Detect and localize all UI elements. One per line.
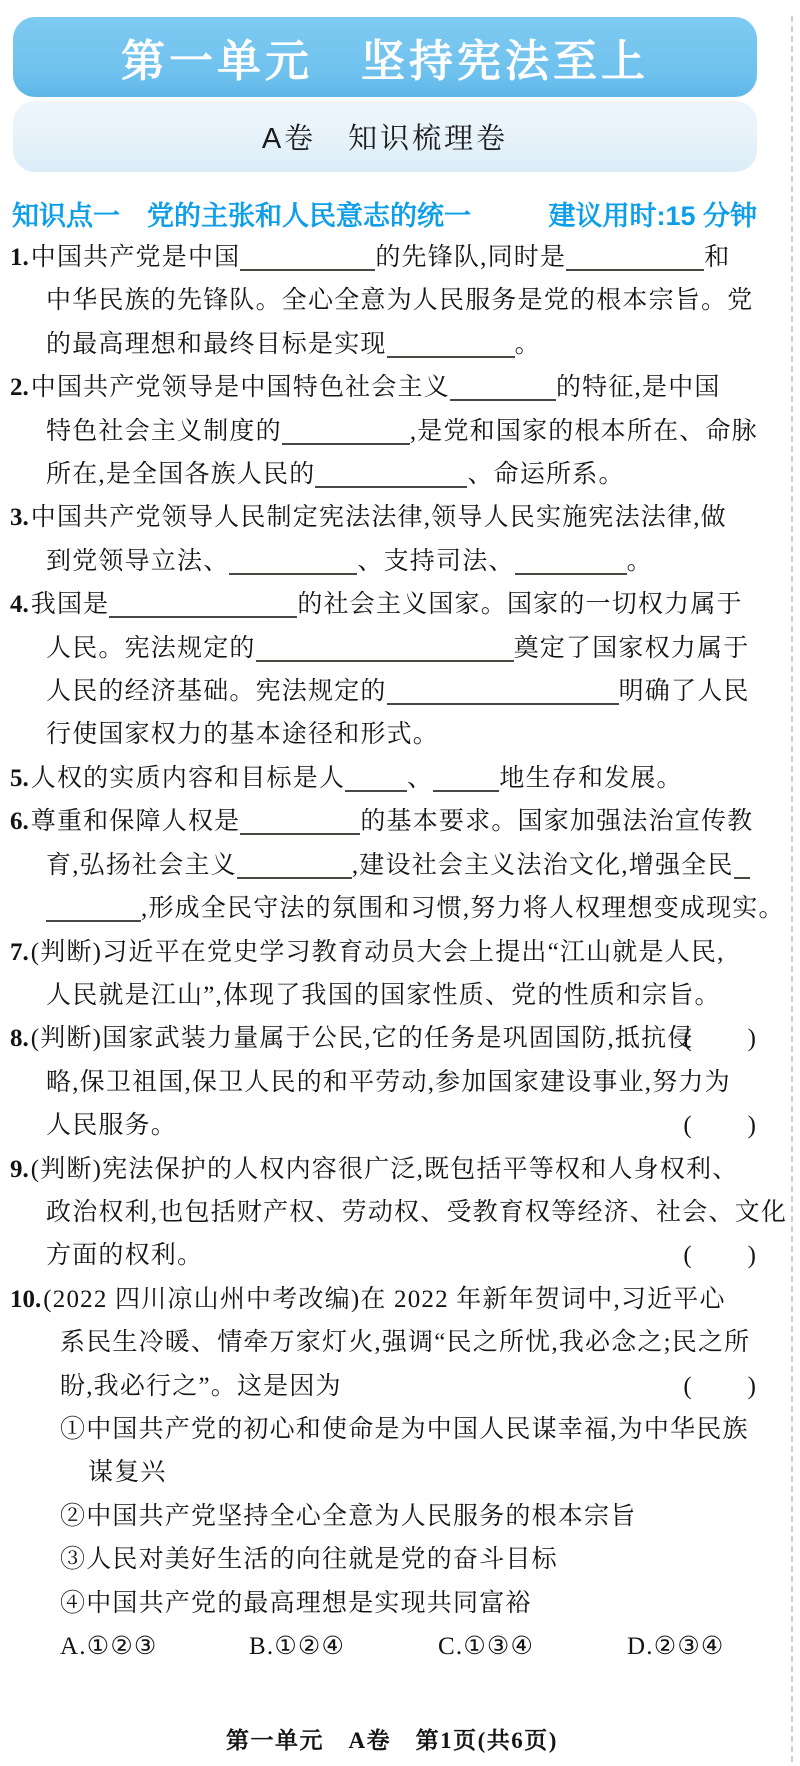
question-text: 政治权利,也包括财产权、劳动权、受教育权等经济、社会、文化 — [46, 1199, 787, 1226]
question: 7.(判断)习近平在党史学习教育动员大会上提出“江山就是人民,人民就是江山”,体… — [10, 931, 758, 1018]
question-text: ,建设社会主义法治文化,增强全民 — [352, 852, 734, 879]
question-text: 的最高理想和最终目标是实现 — [46, 331, 387, 358]
worksheet-page: 第一单元 坚持宪法至上 A卷 知识梳理卷 知识点一 党的主张和人民意志的统一 建… — [0, 0, 800, 1766]
fill-blank — [515, 573, 627, 575]
question-text: ,形成全民守法的氛围和习惯,努力将人权理想变成现实。 — [141, 895, 785, 922]
question-line: 3.中国共产党领导人民制定宪法法律,领导人民实施宪法法律,做 — [10, 496, 758, 539]
question-text: 的先锋队,同时是 — [375, 244, 566, 271]
fill-blank — [315, 486, 467, 488]
question-line: 行使国家权力的基本途径和形式。 — [10, 713, 758, 756]
fill-blank — [433, 790, 499, 792]
fill-blank — [387, 356, 515, 358]
question-number: 1. — [10, 244, 31, 271]
question-text: 人民。宪法规定的 — [46, 635, 256, 662]
question-line: 8.(判断)国家武装力量属于公民,它的任务是巩固国防,抵抗侵 — [10, 1017, 758, 1060]
question-line: 所在,是全国各族人民的、命运所系。 — [10, 453, 758, 496]
question-text: 行使国家权力的基本途径和形式。 — [46, 721, 439, 748]
question-line: 到党领导立法、、支持司法、。 — [10, 540, 758, 583]
question: 6.尊重和保障人权是的基本要求。国家加强法治宣传教育,弘扬社会主义,建设社会主义… — [10, 800, 758, 930]
choice-option: B.①②④ — [249, 1625, 438, 1668]
question-line: ④中国共产党的最高理想是实现共同富裕 — [10, 1582, 758, 1625]
question-line: 4.我国是的社会主义国家。国家的一切权力属于 — [10, 583, 758, 626]
question-line: 10.(2022 四川凉山州中考改编)在 2022 年新年贺词中,习近平心 — [10, 1278, 758, 1321]
knowledge-point-title: 知识点一 党的主张和人民意志的统一 — [12, 194, 471, 233]
fill-blank — [256, 660, 514, 662]
question-number: 3. — [10, 504, 31, 531]
question-number: 5. — [10, 765, 31, 792]
question-number: 4. — [10, 591, 31, 618]
fill-blank — [240, 269, 375, 271]
question-text: (判断)习近平在党史学习教育动员大会上提出“江山就是人民, — [31, 939, 725, 966]
question-text: ①中国共产党的初心和使命是为中国人民谋幸福,为中华民族 — [60, 1416, 749, 1443]
question-text: (判断)宪法保护的人权内容很广泛,既包括平等权和人身权利、 — [31, 1156, 739, 1183]
question-text: 到党领导立法、 — [46, 548, 229, 575]
question-line: 1.中国共产党是中国的先锋队,同时是和 — [10, 236, 758, 279]
fill-blank — [566, 269, 704, 271]
answer-bracket: ( ) — [683, 1234, 758, 1277]
page-footer: 第一单元 A卷 第1页(共6页) — [0, 1722, 784, 1755]
question-text: 、命运所系。 — [467, 461, 624, 488]
question-text: 的基本要求。国家加强法治宣传教 — [360, 808, 753, 835]
question-text: 系民生冷暖、情牵万家灯火,强调“民之所忧,我必念之;民之所 — [60, 1329, 750, 1356]
question-number: 6. — [10, 808, 31, 835]
question-line: ②中国共产党坚持全心全意为人民服务的根本宗旨 — [10, 1495, 758, 1538]
question-number: 8. — [10, 1025, 31, 1052]
question-text: 人权的实质内容和目标是人 — [31, 765, 345, 792]
question-text: 中华民族的先锋队。全心全意为人民服务是党的根本宗旨。党 — [46, 287, 753, 314]
question-line: 特色社会主义制度的,是党和国家的根本所在、命脉 — [10, 410, 758, 453]
question-line: ( )人民服务。 — [10, 1104, 758, 1147]
question-number: 2. — [10, 374, 31, 401]
paper-subtitle: A卷 知识梳理卷 — [262, 116, 508, 157]
fill-blank — [450, 399, 556, 401]
paper-subtitle-banner: A卷 知识梳理卷 — [13, 101, 757, 172]
unit-title: 第一单元 坚持宪法至上 — [121, 25, 649, 89]
choice-option: A.①②③ — [60, 1625, 249, 1668]
question-text: 盼,我必行之”。这是因为 — [60, 1373, 342, 1400]
question-line: 中华民族的先锋队。全心全意为人民服务是党的根本宗旨。党 — [10, 279, 758, 322]
question-line: 9.(判断)宪法保护的人权内容很广泛,既包括平等权和人身权利、 — [10, 1148, 758, 1191]
unit-title-banner: 第一单元 坚持宪法至上 — [13, 17, 757, 97]
fill-blank — [109, 616, 297, 618]
question-text: 、支持司法、 — [357, 548, 514, 575]
question-line: 2.中国共产党领导是中国特色社会主义的特征,是中国 — [10, 366, 758, 409]
question-line: 的最高理想和最终目标是实现。 — [10, 323, 758, 366]
question-text: 奠定了国家权力属于 — [514, 635, 750, 662]
question-text: 人民服务。 — [46, 1112, 177, 1139]
answer-bracket: ( ) — [683, 1017, 758, 1060]
question-text: (判断)国家武装力量属于公民,它的任务是巩固国防,抵抗侵 — [31, 1025, 694, 1052]
question-text: ,是党和国家的根本所在、命脉 — [410, 418, 758, 445]
fill-blank — [237, 877, 352, 879]
question-line: 谋复兴 — [10, 1451, 758, 1494]
question-number: 9. — [10, 1156, 31, 1183]
question: 3.中国共产党领导人民制定宪法法律,领导人民实施宪法法律,做到党领导立法、、支持… — [10, 496, 758, 583]
question-text: 人民就是江山”,体现了我国的国家性质、党的性质和宗旨。 — [46, 982, 721, 1009]
question-text: 和 — [704, 244, 730, 271]
answer-bracket: ( ) — [683, 1365, 758, 1408]
question-line: 系民生冷暖、情牵万家灯火,强调“民之所忧,我必念之;民之所 — [10, 1321, 758, 1364]
question-text: ④中国共产党的最高理想是实现共同富裕 — [60, 1590, 532, 1617]
suggested-time: 建议用时:15 分钟 — [548, 194, 757, 233]
question-number: 7. — [10, 939, 31, 966]
question-line: 育,弘扬社会主义,建设社会主义法治文化,增强全民 — [10, 844, 758, 887]
question-text: ③人民对美好生活的向往就是党的奋斗目标 — [60, 1546, 558, 1573]
section-header: 知识点一 党的主张和人民意志的统一 建议用时:15 分钟 — [12, 194, 757, 233]
question-line: ( )盼,我必行之”。这是因为 — [10, 1365, 758, 1408]
question-line: 5.人权的实质内容和目标是人、地生存和发展。 — [10, 757, 758, 800]
question-line: 政治权利,也包括财产权、劳动权、受教育权等经济、社会、文化 — [10, 1191, 758, 1234]
question-line: ①中国共产党的初心和使命是为中国人民谋幸福,为中华民族 — [10, 1408, 758, 1451]
question-text: 的社会主义国家。国家的一切权力属于 — [297, 591, 742, 618]
question-text: 中国共产党领导是中国特色社会主义 — [31, 374, 450, 401]
question-number: 10. — [10, 1286, 43, 1313]
question-text: 人民的经济基础。宪法规定的 — [46, 678, 387, 705]
question: 4.我国是的社会主义国家。国家的一切权力属于人民。宪法规定的奠定了国家权力属于人… — [10, 583, 758, 757]
question-text: 地生存和发展。 — [499, 765, 682, 792]
question-text: 方面的权利。 — [46, 1242, 203, 1269]
question-text: 尊重和保障人权是 — [31, 808, 241, 835]
answer-bracket: ( ) — [683, 1104, 758, 1147]
question: 2.中国共产党领导是中国特色社会主义的特征,是中国特色社会主义制度的,是党和国家… — [10, 366, 758, 496]
question-text: 特色社会主义制度的 — [46, 418, 282, 445]
question: 9.(判断)宪法保护的人权内容很广泛,既包括平等权和人身权利、政治权利,也包括财… — [10, 1148, 758, 1278]
question-line: ,形成全民守法的氛围和习惯,努力将人权理想变成现实。 — [10, 887, 758, 930]
question-text: ②中国共产党坚持全心全意为人民服务的根本宗旨 — [60, 1503, 636, 1530]
question: 10.(2022 四川凉山州中考改编)在 2022 年新年贺词中,习近平心系民生… — [10, 1278, 758, 1669]
question-list: 1.中国共产党是中国的先锋队,同时是和中华民族的先锋队。全心全意为人民服务是党的… — [10, 236, 758, 1668]
question-text: 。 — [515, 331, 541, 358]
fill-blank — [229, 573, 357, 575]
question-line: 6.尊重和保障人权是的基本要求。国家加强法治宣传教 — [10, 800, 758, 843]
question-text: 明确了人民 — [619, 678, 750, 705]
question-text: 育,弘扬社会主义 — [46, 852, 237, 879]
question: 8.(判断)国家武装力量属于公民,它的任务是巩固国防,抵抗侵略,保卫祖国,保卫人… — [10, 1017, 758, 1147]
question-line: 略,保卫祖国,保卫人民的和平劳动,参加国家建设事业,努力为 — [10, 1061, 758, 1104]
question-text: 、 — [407, 765, 433, 792]
question-text: 中国共产党是中国 — [31, 244, 241, 271]
question-line: ③人民对美好生活的向往就是党的奋斗目标 — [10, 1538, 758, 1581]
question-line: 人民的经济基础。宪法规定的明确了人民 — [10, 670, 758, 713]
question-text: 中国共产党领导人民制定宪法法律,领导人民实施宪法法律,做 — [31, 504, 727, 531]
question-line: 7.(判断)习近平在党史学习教育动员大会上提出“江山就是人民, — [10, 931, 758, 974]
fill-blank — [240, 833, 360, 835]
question-text: 的特征,是中国 — [556, 374, 721, 401]
question-text: 谋复兴 — [88, 1459, 167, 1486]
question-line: A.①②③B.①②④C.①③④D.②③④ — [10, 1625, 758, 1668]
fill-blank — [282, 443, 410, 445]
choice-option: D.②③④ — [627, 1625, 725, 1668]
question-text: 。 — [627, 548, 653, 575]
question-line: 人民就是江山”,体现了我国的国家性质、党的性质和宗旨。 — [10, 974, 758, 1017]
question: 5.人权的实质内容和目标是人、地生存和发展。 — [10, 757, 758, 800]
question: 1.中国共产党是中国的先锋队,同时是和中华民族的先锋队。全心全意为人民服务是党的… — [10, 236, 758, 366]
question-text: 略,保卫祖国,保卫人民的和平劳动,参加国家建设事业,努力为 — [46, 1069, 731, 1096]
question-line: 人民。宪法规定的奠定了国家权力属于 — [10, 627, 758, 670]
choice-option: C.①③④ — [438, 1625, 627, 1668]
question-text: 所在,是全国各族人民的 — [46, 461, 315, 488]
fill-blank — [345, 790, 407, 792]
question-text: (2022 四川凉山州中考改编)在 2022 年新年贺词中,习近平心 — [43, 1286, 725, 1313]
fill-blank — [734, 877, 750, 879]
page-edge-dashed-line — [791, 16, 793, 1762]
question-text: 我国是 — [31, 591, 110, 618]
question-line: ( )方面的权利。 — [10, 1234, 758, 1277]
fill-blank — [46, 920, 141, 922]
fill-blank — [387, 703, 619, 705]
